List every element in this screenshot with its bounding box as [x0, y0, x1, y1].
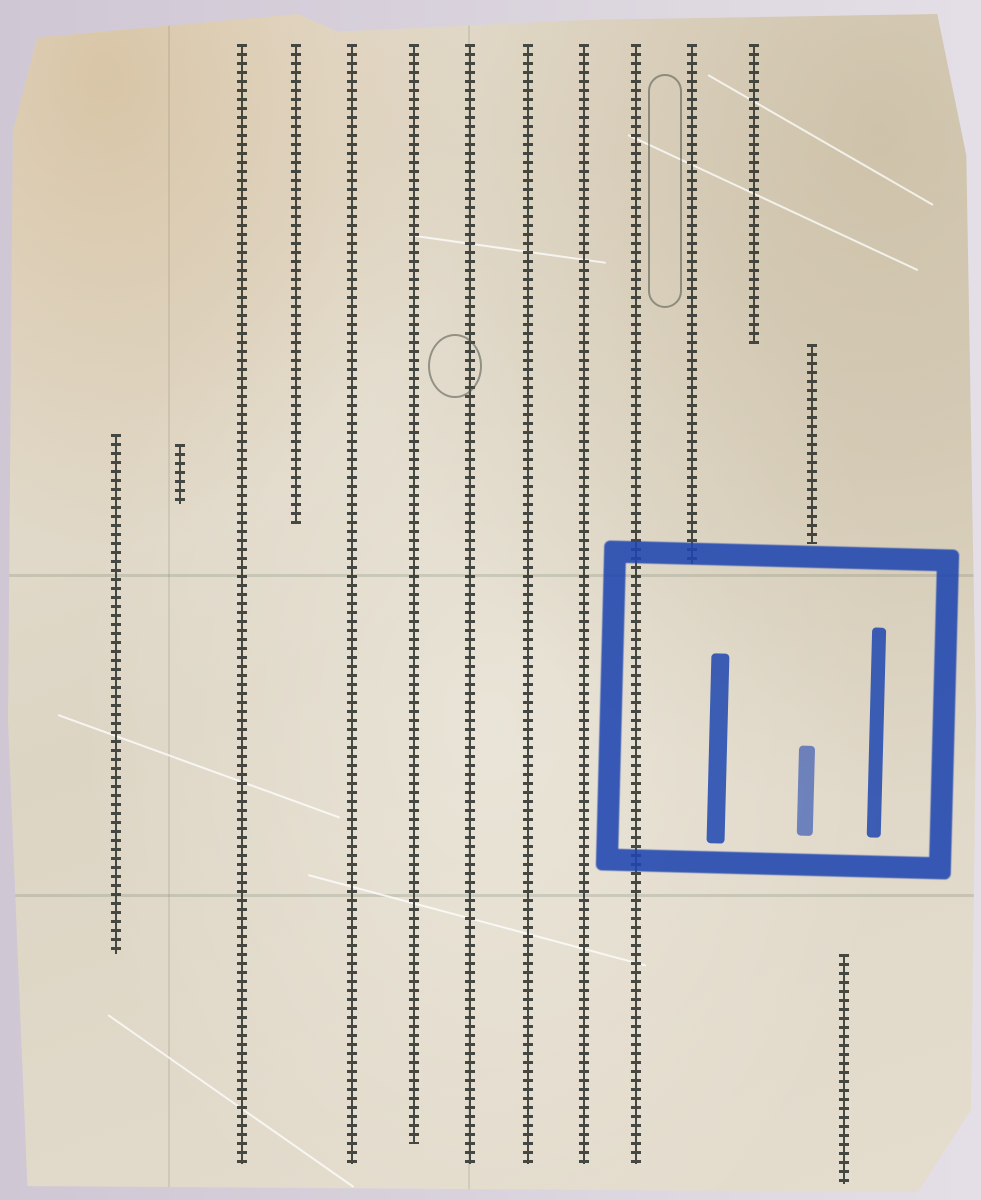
blue-seal-stamp [596, 540, 960, 879]
script-column [576, 44, 592, 1164]
script-column [288, 44, 304, 524]
pencil-annotation [648, 74, 682, 308]
script-column [462, 44, 478, 1164]
script-column [406, 44, 422, 1144]
plastic-crease [107, 1014, 354, 1188]
fold-line-horizontal [8, 894, 976, 897]
script-column [684, 44, 700, 564]
script-column [234, 44, 250, 1164]
script-column [804, 344, 820, 544]
script-column [344, 44, 360, 1164]
script-column [108, 434, 124, 954]
script-column [746, 44, 762, 344]
stamp-script [797, 746, 815, 836]
stamp-frame [596, 540, 960, 879]
script-column [520, 44, 536, 1164]
fold-line-vertical [168, 14, 170, 1192]
script-column [836, 954, 852, 1184]
plastic-crease [58, 714, 341, 818]
pencil-annotation [428, 334, 482, 398]
signature-mark [172, 444, 188, 504]
